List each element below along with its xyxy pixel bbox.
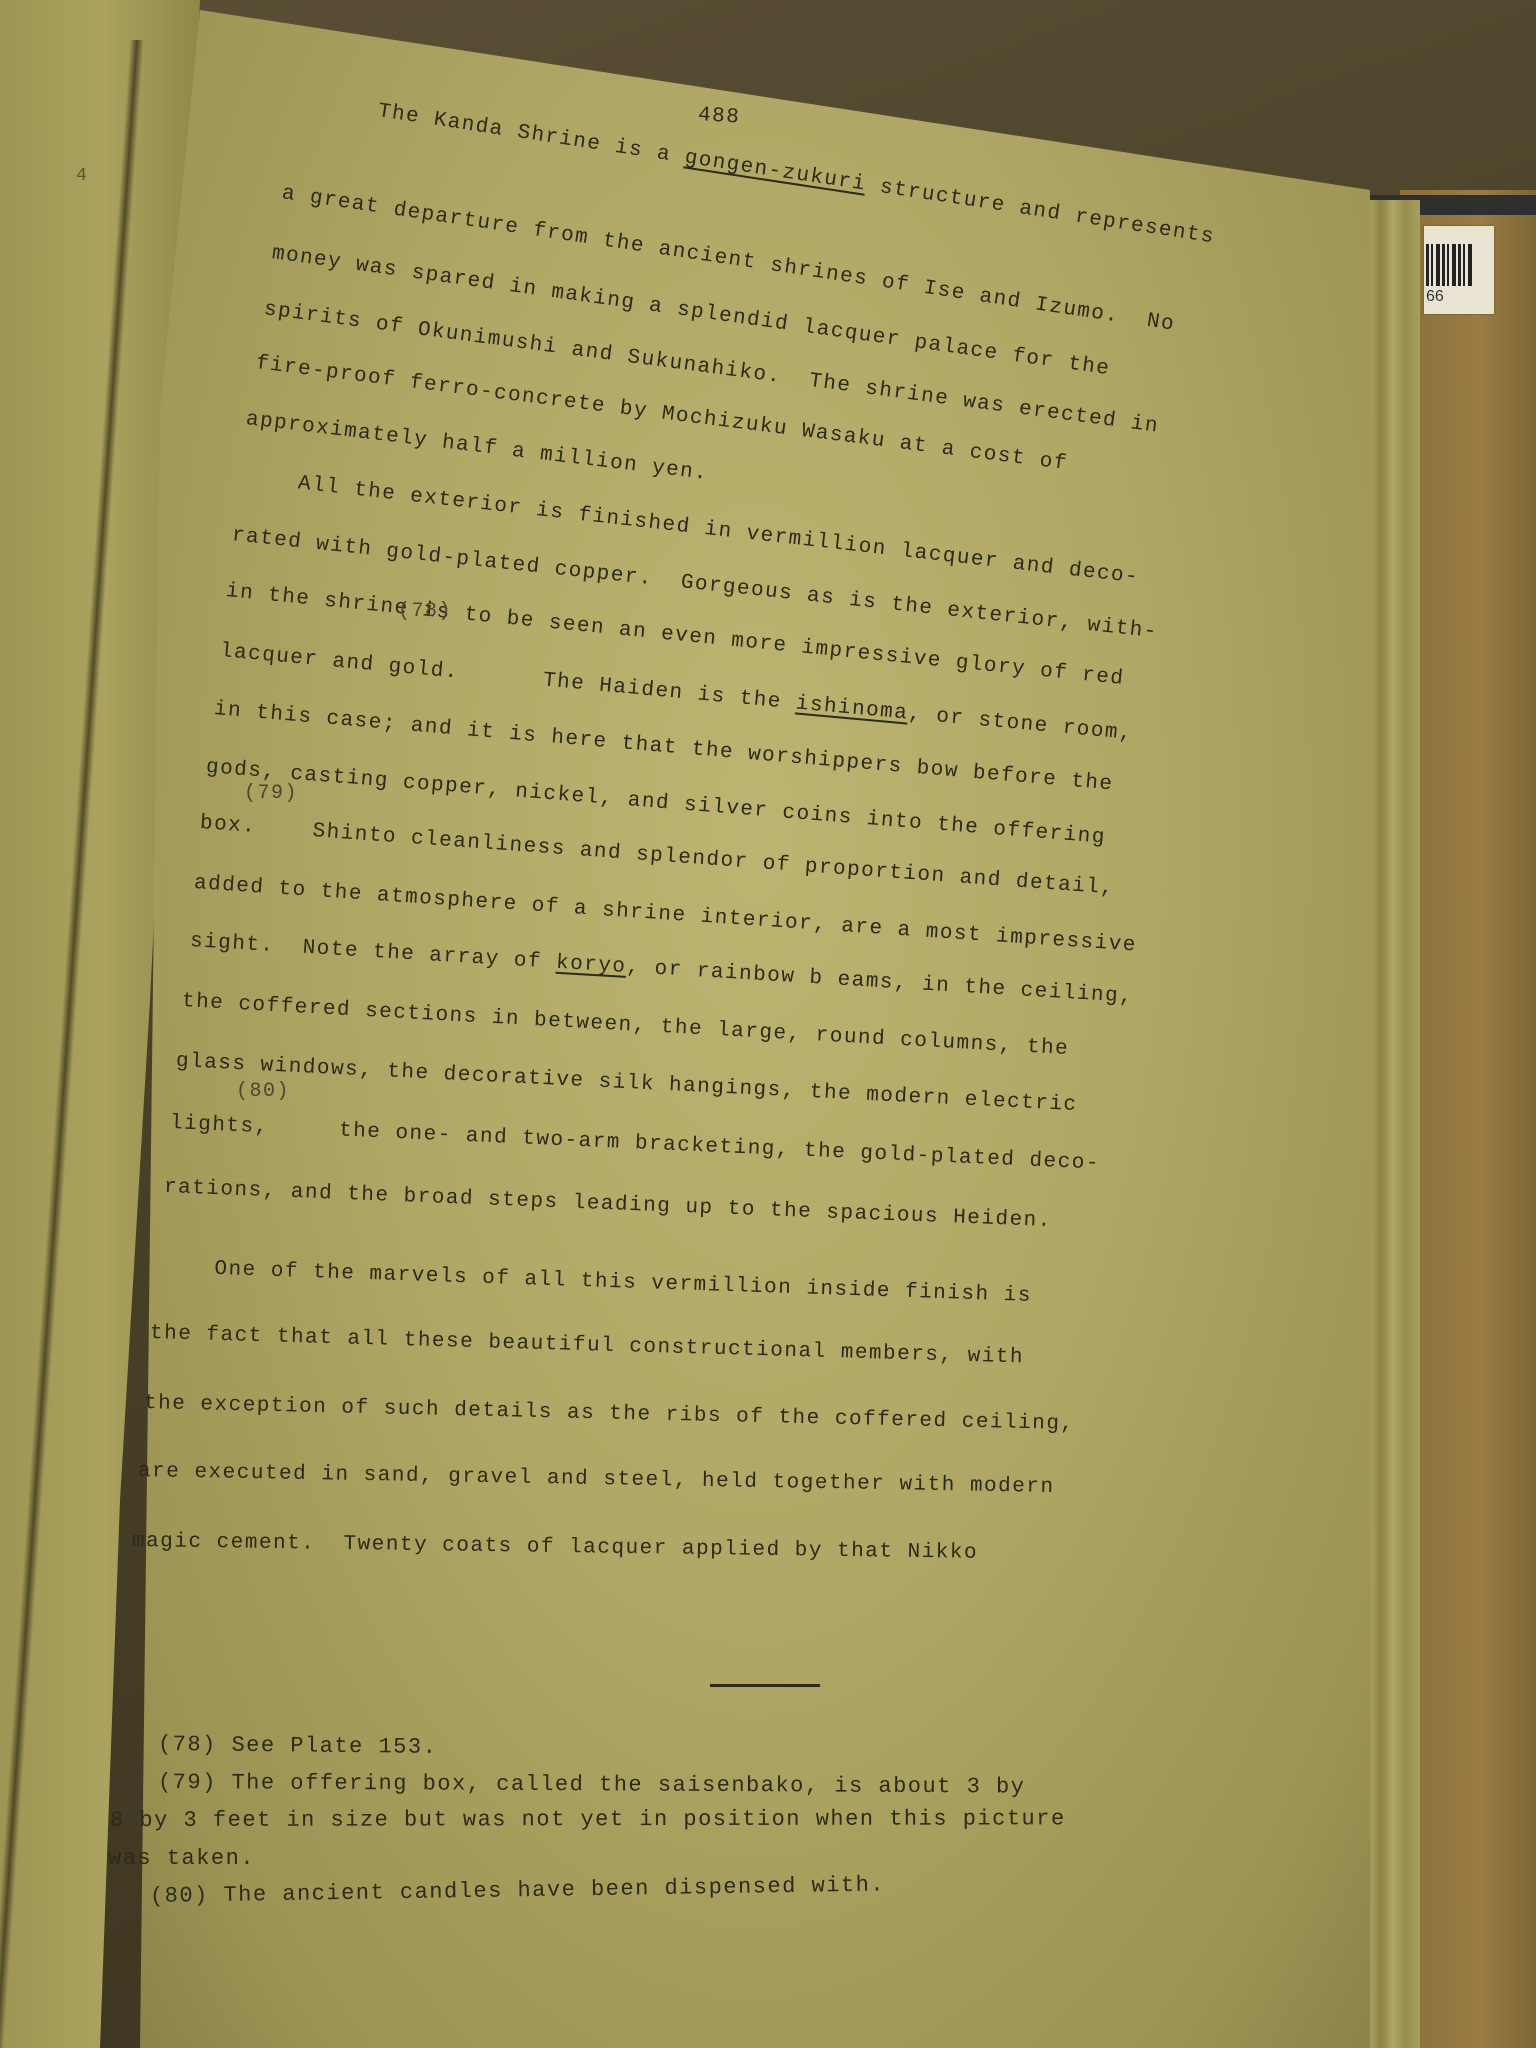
footnote-78: (78) See Plate 153. <box>158 1732 438 1760</box>
footnote-ref-80: (80) <box>236 1080 290 1103</box>
footnote-79-end: was taken. <box>108 1846 255 1871</box>
body-text: lacquer and gold. The Haiden is the <box>219 640 797 715</box>
body-line-18: lights, the one- and two-arm bracketing,… <box>169 1112 1100 1176</box>
body-line-17: glass windows, the decorative silk hangi… <box>175 1050 1078 1117</box>
body-line-7: All the exterior is finished in vermilli… <box>241 466 1140 589</box>
body-text: , or rainbow b eams, in the ceiling, <box>626 956 1134 1009</box>
body-text: sight. Note the array of <box>189 930 556 975</box>
body-text: structure and represents <box>864 174 1216 249</box>
footnote-79: (79) The offering box, called the saisen… <box>158 1770 1026 1800</box>
body-text: , or stone room, <box>907 703 1134 746</box>
body-line-22: the exception of such details as the rib… <box>144 1392 1075 1436</box>
body-line-21: the fact that all these beautiful constr… <box>150 1322 1025 1369</box>
body-line-19: rations, and the broad steps leading up … <box>164 1176 1053 1233</box>
body-text: The Kanda Shrine is a <box>376 100 686 169</box>
footnote-80: (80) The ancient candles have been dispe… <box>150 1872 885 1909</box>
term-ishinoma: ishinoma <box>795 692 909 725</box>
footnote-separator <box>710 1684 820 1687</box>
body-line-20: One of the marvels of all this vermillio… <box>158 1256 1033 1308</box>
term-koryo: koryo <box>555 952 627 979</box>
footnote-ref-79: (79) <box>244 782 298 805</box>
footnote-79-cont: 8 by 3 feet in size but was not yet in p… <box>110 1806 1066 1833</box>
body-line-16: the coffered sections in between, the la… <box>181 990 1069 1061</box>
page-number: 488 <box>697 104 741 130</box>
body-line-23: are executed in sand, gravel and steel, … <box>138 1460 1055 1499</box>
page-text: 488 The Kanda Shrine is a gongen-zukuri … <box>0 0 1536 2048</box>
footnote-ref-78: (78) <box>398 600 452 623</box>
term-gongen-zukuri: gongen-zukuri <box>683 147 868 197</box>
body-line-24: magic cement. Twenty coats of lacquer ap… <box>132 1530 978 1565</box>
